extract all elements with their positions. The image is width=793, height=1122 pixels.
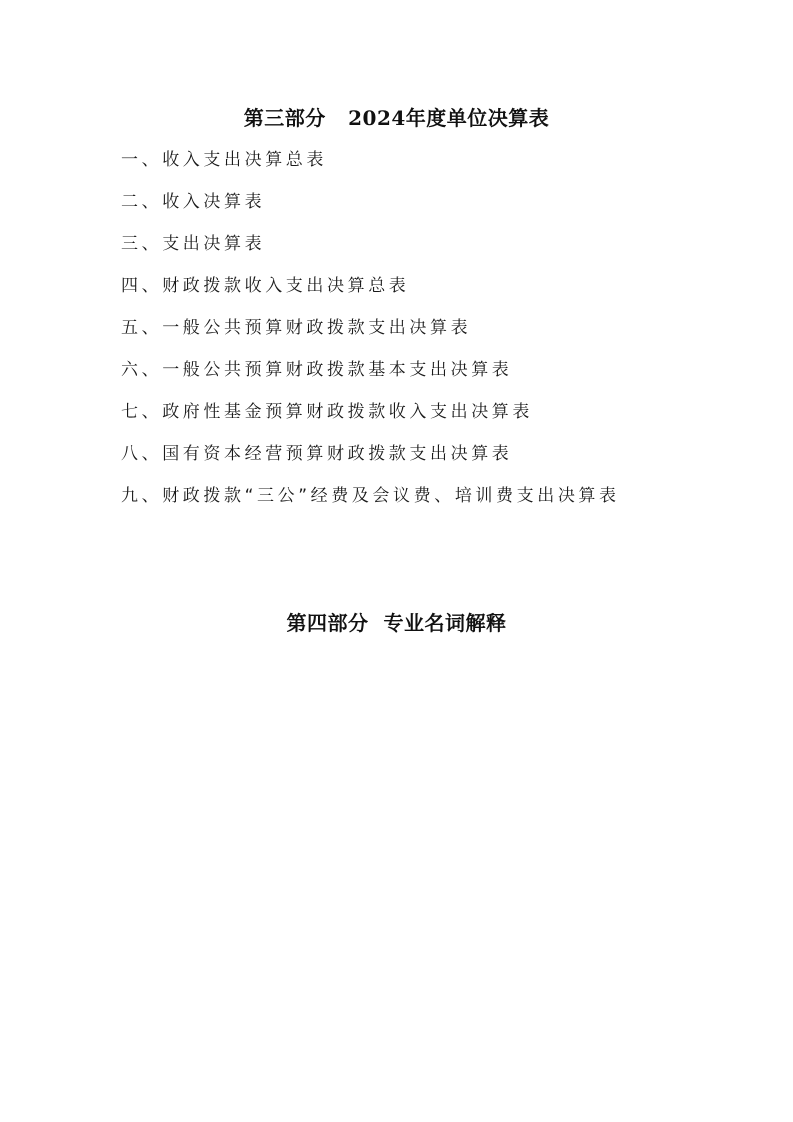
list-item: 九、财政拨款“三公”经费及会议费、培训费支出决算表 <box>121 480 620 522</box>
list-item: 四、财政拨款收入支出决算总表 <box>121 270 620 312</box>
list-item: 二、收入决算表 <box>121 186 620 228</box>
section-3-title: 第三部分 2024年度单位决算表 <box>0 102 793 131</box>
list-item: 五、一般公共预算财政拨款支出决算表 <box>121 312 620 354</box>
section-4-title: 第四部分 专业名词解释 <box>0 607 793 636</box>
list-item: 三、支出决算表 <box>121 228 620 270</box>
list-item: 八、国有资本经营预算财政拨款支出决算表 <box>121 438 620 480</box>
list-item: 六、一般公共预算财政拨款基本支出决算表 <box>121 354 620 396</box>
list-item: 一、收入支出决算总表 <box>121 144 620 186</box>
section-3-table-list: 一、收入支出决算总表 二、收入决算表 三、支出决算表 四、财政拨款收入支出决算总… <box>121 144 620 522</box>
list-item: 七、政府性基金预算财政拨款收入支出决算表 <box>121 396 620 438</box>
